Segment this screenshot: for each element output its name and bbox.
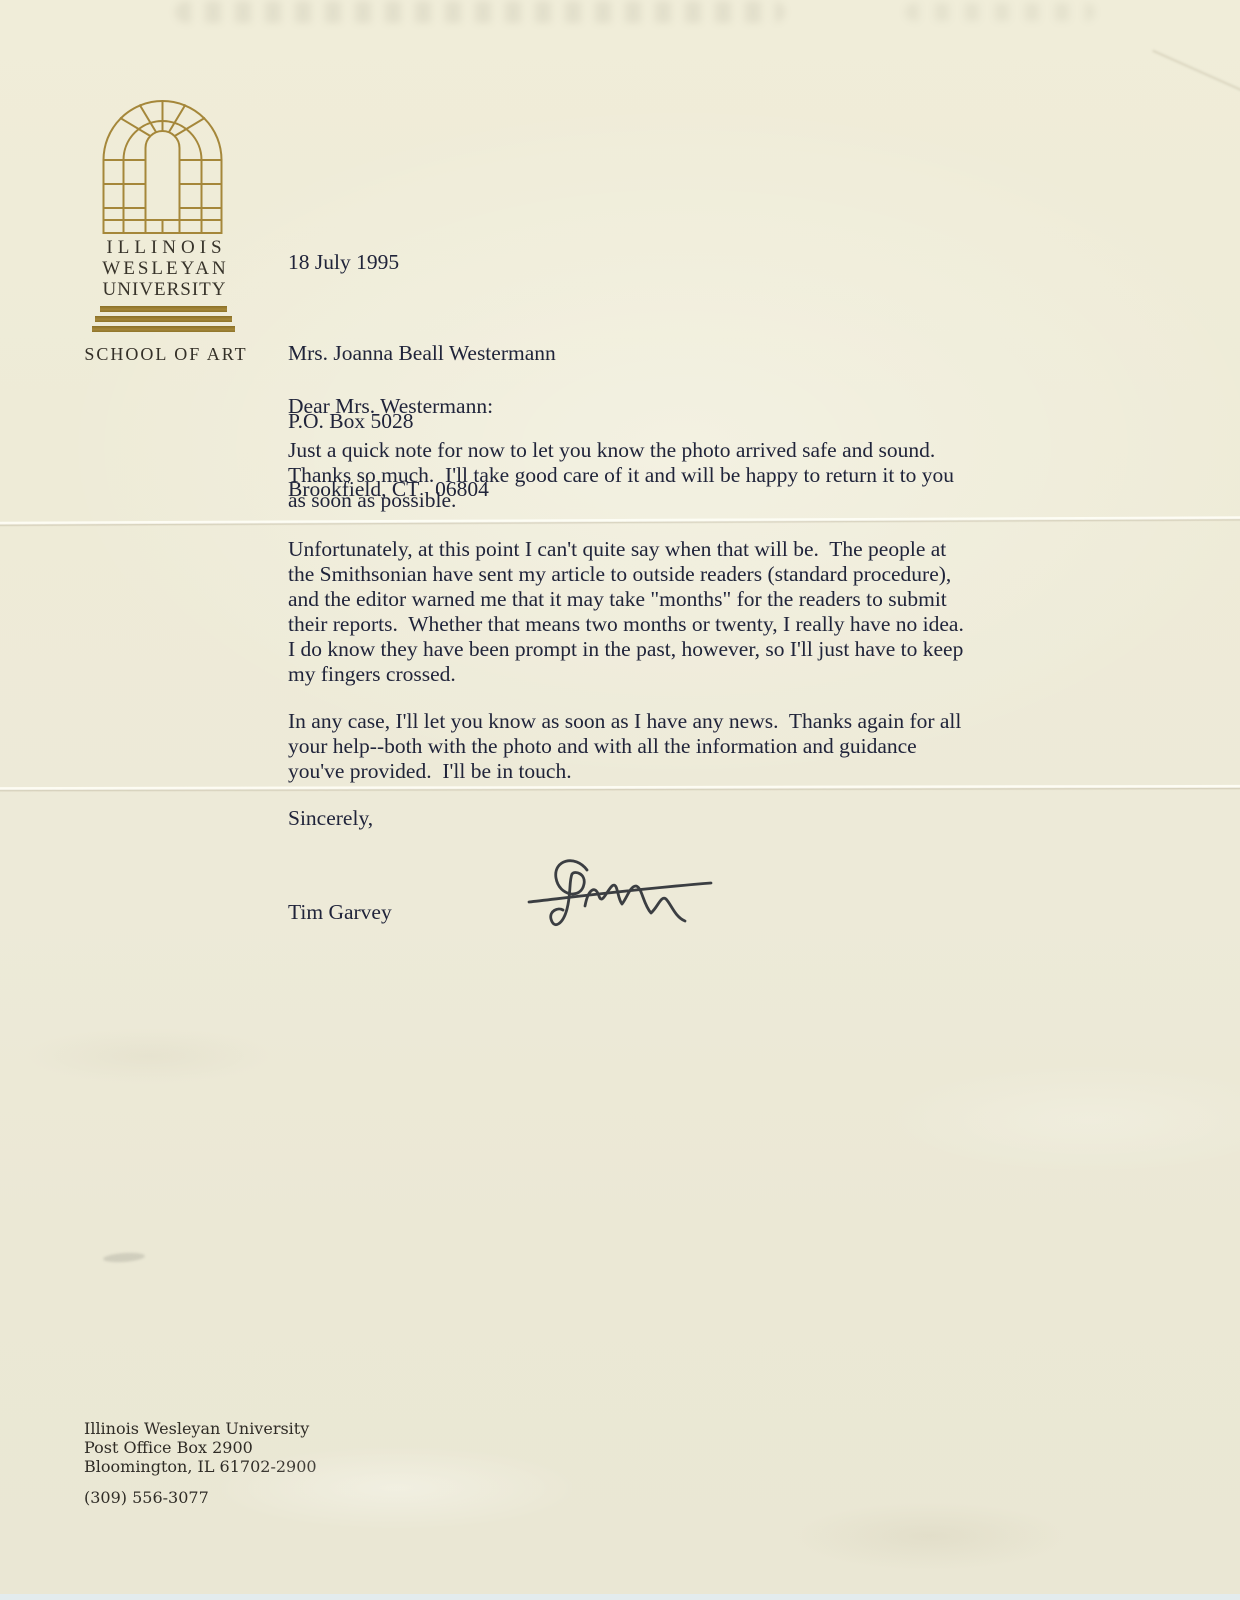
- salutation: Dear Mrs. Westermann:: [288, 394, 493, 419]
- pencil-smudge-mark: [103, 1252, 146, 1264]
- department-name: SCHOOL OF ART: [78, 344, 252, 365]
- body-paragraph-2: Unfortunately, at this point I can't qui…: [288, 537, 964, 687]
- corner-crease-mark: [1152, 50, 1240, 97]
- recipient-name: Mrs. Joanna Beall Westermann: [288, 342, 556, 365]
- university-name-line: ILLINOIS: [86, 237, 242, 258]
- handwritten-signature: [525, 818, 715, 910]
- gold-bar: [100, 306, 227, 312]
- footer-contact-block: Illinois Wesleyan University Post Office…: [84, 1419, 317, 1507]
- signer-name: Tim Garvey: [288, 900, 392, 925]
- footer-university: Illinois Wesleyan University: [84, 1419, 317, 1438]
- body-paragraph-3: In any case, I'll let you know as soon a…: [288, 709, 961, 784]
- footer-po-box: Post Office Box 2900: [84, 1438, 317, 1457]
- university-name-line: UNIVERSITY: [86, 279, 242, 300]
- scanned-letter-page: ILLINOIS WESLEYAN UNIVERSITY SCHOOL OF A…: [0, 0, 1240, 1600]
- gold-bar: [95, 316, 232, 322]
- scanner-edge-strip: [0, 1594, 1240, 1600]
- arch-window-logo-icon: [100, 99, 225, 235]
- footer-phone: (309) 556-3077: [84, 1488, 317, 1507]
- letter-date: 18 July 1995: [288, 250, 399, 275]
- body-paragraph-1: Just a quick note for now to let you kno…: [288, 438, 954, 513]
- fold-crease-upper: [0, 516, 1240, 526]
- letterhead-gold-bars: [92, 306, 235, 332]
- university-name: ILLINOIS WESLEYAN UNIVERSITY: [86, 237, 242, 300]
- university-name-line: WESLEYAN: [86, 258, 242, 279]
- fold-crease-lower: [0, 785, 1240, 792]
- footer-city-state-zip: Bloomington, IL 61702-2900: [84, 1457, 317, 1476]
- closing: Sincerely,: [288, 806, 373, 831]
- gold-bar: [92, 326, 235, 332]
- letter-body: 18 July 1995 Mrs. Joanna Beall Westerman…: [288, 0, 1056, 306]
